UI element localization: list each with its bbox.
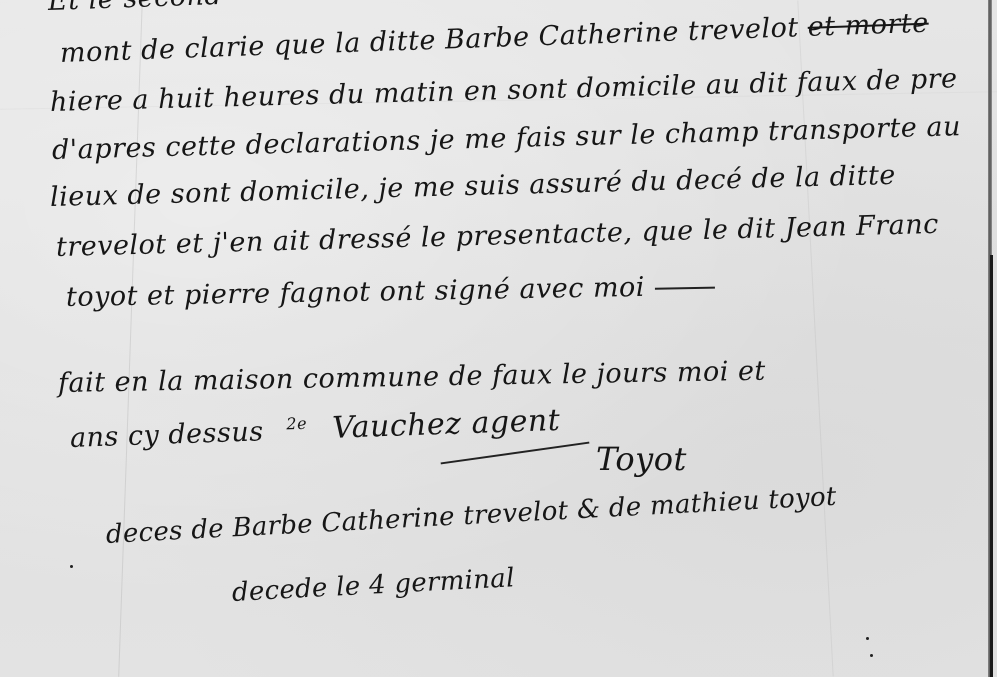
closing-line-2: ans cy dessus 2e Vauchez agent <box>69 403 560 455</box>
marginal-annotation-line-1: deces de Barbe Catherine trevelot & de m… <box>105 482 837 550</box>
closing-line-2-text: ans cy dessus <box>69 416 264 454</box>
witness-signature: Toyot <box>596 440 687 478</box>
body-line-4: d'apres cette declarations je me fais su… <box>52 111 962 166</box>
body-line-2-text: mont de clarie que la ditte Barbe Cather… <box>59 8 929 69</box>
body-line-5: lieux de sont domicile, je me suis assur… <box>50 160 897 213</box>
closing-line-1: fait en la maison commune de faux le jou… <box>58 356 766 399</box>
body-line-6: trevelot et j'en ait dressé le presentac… <box>56 209 940 263</box>
scanned-register-page: Et le second mont de clarie que la ditte… <box>0 0 997 677</box>
ink-speck <box>870 654 873 657</box>
agent-signature: Vauchez agent <box>332 403 561 446</box>
body-line-1: Et le second <box>47 0 222 17</box>
paper-crease <box>797 0 833 676</box>
abbreviation-mark: 2e <box>286 414 307 434</box>
body-line-2: mont de clarie que la ditte Barbe Cather… <box>59 8 929 69</box>
body-line-3: hiere a huit heures du matin en sont dom… <box>50 63 958 118</box>
line-filler-dash <box>655 286 715 289</box>
struck-out-text: et morte <box>807 8 929 43</box>
ink-dot <box>70 565 73 568</box>
page-binding-edge <box>990 255 993 677</box>
signature-flourish <box>441 442 590 465</box>
body-line-7-text: toyot et pierre fagnot ont signé avec mo… <box>66 272 645 313</box>
body-line-7: toyot et pierre fagnot ont signé avec mo… <box>66 271 715 313</box>
ink-speck <box>866 637 869 640</box>
marginal-annotation-line-2: decede le 4 germinal <box>231 563 515 608</box>
